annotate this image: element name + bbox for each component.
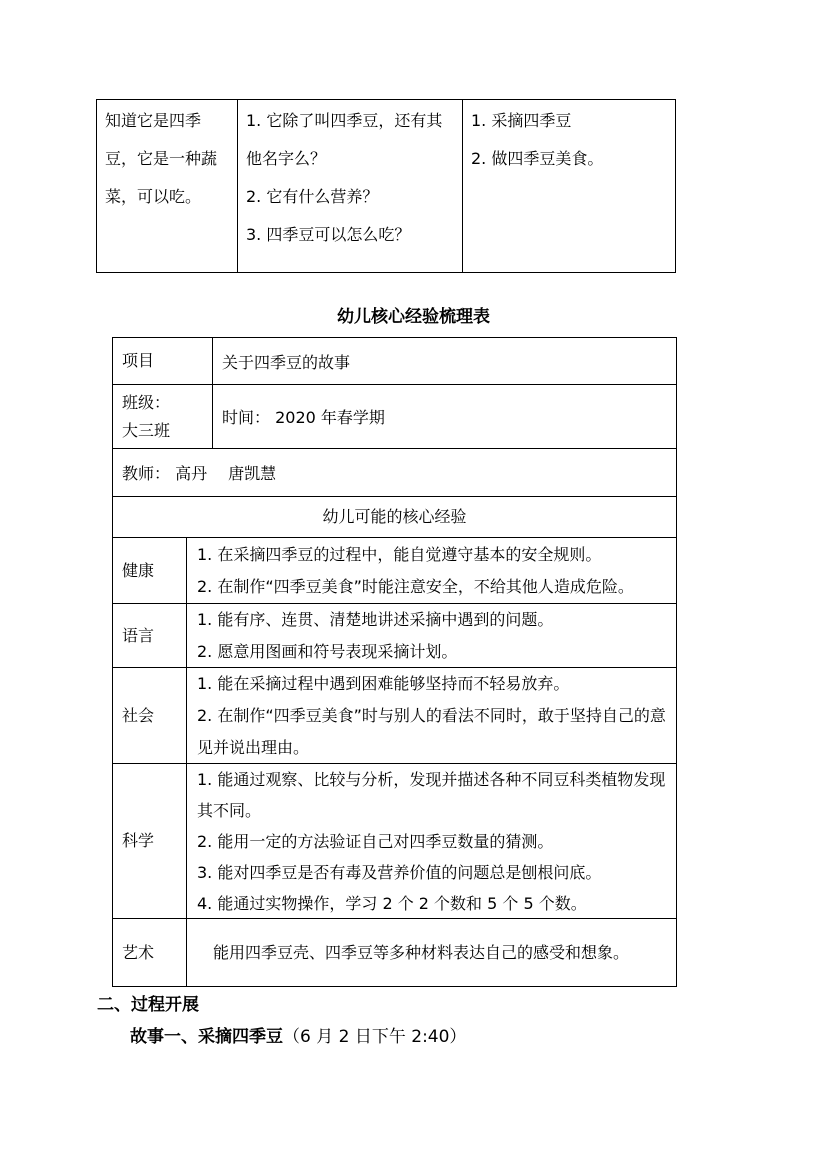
- health-row: 健康 1. 在采摘四季豆的过程中，能自觉遵守基本的安全规则。 2. 在制作“四季…: [113, 537, 676, 603]
- social-items-cell: 1. 能在采摘过程中遇到困难能够坚持而不轻易放弃。 2. 在制作“四季豆美食”时…: [187, 668, 676, 763]
- experience-text: 知道它是四季豆，它是一种蔬菜，可以吃。: [105, 111, 217, 206]
- list-item: 2. 在制作“四季豆美食”时能注意安全，不给其他人造成危险。: [197, 571, 634, 603]
- list-item: 1. 能在采摘过程中遇到困难能够坚持而不轻易放弃。: [197, 668, 569, 700]
- section-heading: 二、过程开展: [97, 993, 199, 1017]
- class-label: 班级：: [122, 389, 212, 417]
- project-row: 项目 关于四季豆的故事: [113, 338, 676, 384]
- science-items-cell: 1. 能通过观察、比较与分析，发现并描述各种不同豆科类植物发现其不同。 2. 能…: [187, 764, 676, 918]
- social-label-cell: 社会: [113, 668, 187, 763]
- list-item: 2. 能用一定的方法验证自己对四季豆数量的猜测。: [197, 826, 553, 857]
- teacher-row: 教师： 高丹 唐凯慧: [113, 448, 676, 496]
- table-title: 幼儿核心经验梳理表: [0, 303, 827, 331]
- list-item: 3. 能对四季豆是否有毒及营养价值的问题总是刨根问底。: [197, 857, 601, 888]
- table1-questions-cell: 1. 它除了叫四季豆，还有其他名字么？ 2. 它有什么营养？ 3. 四季豆可以怎…: [238, 100, 463, 272]
- language-label-cell: 语言: [113, 604, 187, 667]
- story-time: （6 月 2 日下午 2:40）: [283, 1027, 466, 1047]
- health-items-cell: 1. 在采摘四季豆的过程中，能自觉遵守基本的安全规则。 2. 在制作“四季豆美食…: [187, 538, 676, 603]
- list-item: 1. 在采摘四季豆的过程中，能自觉遵守基本的安全规则。: [197, 539, 601, 571]
- teacher-cell: 教师： 高丹 唐凯慧: [113, 449, 676, 496]
- science-label-cell: 科学: [113, 764, 187, 918]
- question-item: 1. 它除了叫四季豆，还有其他名字么？: [246, 102, 454, 178]
- list-item: 1. 能有序、连贯、清楚地讲述采摘中遇到的问题。: [197, 604, 553, 636]
- table1-experience-cell: 知道它是四季豆，它是一种蔬菜，可以吃。: [97, 100, 238, 272]
- list-item: 能用四季豆壳、四季豆等多种材料表达自己的感受和想象。: [197, 937, 629, 969]
- class-time-row: 班级： 大三班 时间： 2020 年春学期: [113, 384, 676, 448]
- project-value-cell: 关于四季豆的故事: [213, 338, 676, 384]
- continued-table: 知道它是四季豆，它是一种蔬菜，可以吃。 1. 它除了叫四季豆，还有其他名字么？ …: [96, 99, 676, 273]
- list-item: 2. 愿意用图画和符号表现采摘计划。: [197, 636, 457, 668]
- class-label-cell: 班级： 大三班: [113, 385, 213, 448]
- table1-activities-cell: 1. 采摘四季豆 2. 做四季豆美食。: [463, 100, 675, 272]
- activity-item: 1. 采摘四季豆: [471, 102, 667, 140]
- art-label-cell: 艺术: [113, 919, 187, 986]
- list-item: 2. 在制作“四季豆美食”时与别人的看法不同时，敢于坚持自己的意见并说出理由。: [197, 700, 670, 764]
- project-label-cell: 项目: [113, 338, 213, 384]
- health-label-cell: 健康: [113, 538, 187, 603]
- time-value-cell: 时间： 2020 年春学期: [213, 385, 676, 448]
- core-header-row: 幼儿可能的核心经验: [113, 496, 676, 537]
- story-title: 故事一、采摘四季豆: [130, 1027, 283, 1047]
- core-experience-table: 项目 关于四季豆的故事 班级： 大三班 时间： 2020 年春学期 教师： 高丹…: [112, 337, 677, 987]
- class-value: 大三班: [122, 417, 212, 445]
- list-item: 4. 能通过实物操作，学习 2 个 2 个数和 5 个 5 个数。: [197, 888, 587, 919]
- social-row: 社会 1. 能在采摘过程中遇到困难能够坚持而不轻易放弃。 2. 在制作“四季豆美…: [113, 667, 676, 763]
- question-item: 3. 四季豆可以怎么吃？: [246, 216, 454, 254]
- science-row: 科学 1. 能通过观察、比较与分析，发现并描述各种不同豆科类植物发现其不同。 2…: [113, 763, 676, 918]
- activity-item: 2. 做四季豆美食。: [471, 140, 667, 178]
- question-item: 2. 它有什么营养？: [246, 178, 454, 216]
- story-heading: 故事一、采摘四季豆（6 月 2 日下午 2:40）: [130, 1025, 466, 1049]
- art-row: 艺术 能用四季豆壳、四季豆等多种材料表达自己的感受和想象。: [113, 918, 676, 986]
- list-item: 1. 能通过观察、比较与分析，发现并描述各种不同豆科类植物发现其不同。: [197, 764, 670, 826]
- art-items-cell: 能用四季豆壳、四季豆等多种材料表达自己的感受和想象。: [187, 919, 676, 986]
- language-row: 语言 1. 能有序、连贯、清楚地讲述采摘中遇到的问题。 2. 愿意用图画和符号表…: [113, 603, 676, 667]
- language-items-cell: 1. 能有序、连贯、清楚地讲述采摘中遇到的问题。 2. 愿意用图画和符号表现采摘…: [187, 604, 676, 667]
- core-header-cell: 幼儿可能的核心经验: [113, 497, 676, 537]
- document-page: 知道它是四季豆，它是一种蔬菜，可以吃。 1. 它除了叫四季豆，还有其他名字么？ …: [0, 0, 827, 1170]
